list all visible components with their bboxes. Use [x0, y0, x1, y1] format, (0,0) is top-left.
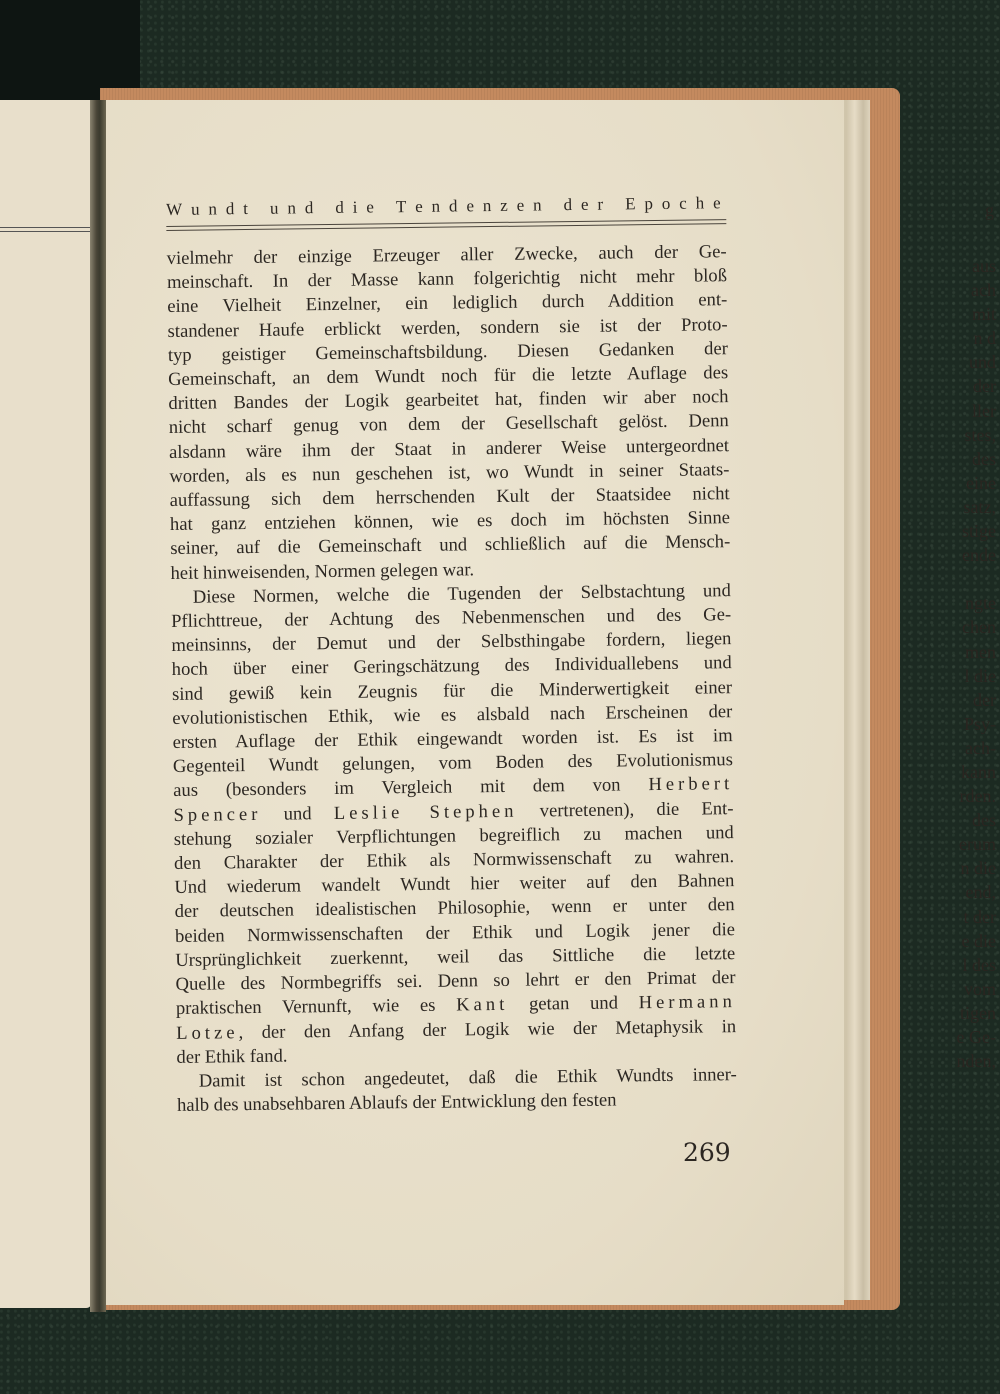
right-page: Wundt und die Tendenzen der Epoche vielm…: [106, 100, 844, 1305]
page-number: 269: [683, 1138, 731, 1167]
left-page-text-fragments: aus ach mit n d und der ller stes, des e…: [957, 254, 997, 1073]
header-rule: [166, 219, 726, 231]
left-page: [0, 100, 92, 1308]
left-running-head-fragment: g: [985, 200, 994, 221]
left-header-rule: [0, 227, 92, 232]
page-content: Wundt und die Tendenzen der Epoche vielm…: [166, 193, 737, 1118]
book-gutter: [90, 100, 106, 1312]
running-head: Wundt und die Tendenzen der Epoche: [166, 193, 726, 220]
body-text: vielmehr der einzige Erzeuger aller Zwec…: [167, 240, 738, 1118]
